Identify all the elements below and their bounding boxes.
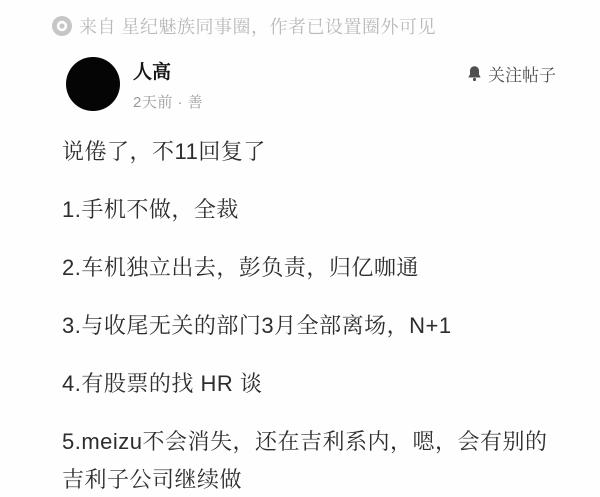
post-paragraph: 2.车机独立出去，彭负责，归亿咖通 (62, 249, 560, 287)
post-header: 人高 2天前 · 善 关注帖子 (66, 57, 556, 112)
author-name[interactable]: 人高 (133, 62, 203, 84)
follow-post-label: 关注帖子 (488, 61, 556, 86)
author-info: 人高 2天前 · 善 (133, 57, 203, 112)
bell-icon (465, 64, 484, 83)
post-paragraph: 说倦了，不11回复了 (62, 133, 560, 171)
avatar[interactable] (66, 57, 120, 111)
post-body: 说倦了，不11回复了 1.手机不做，全裁 2.车机独立出去，彭负责，归亿咖通 3… (62, 133, 560, 497)
source-circle-text: 来自 星纪魅族同事圈，作者已设置圈外可见 (79, 13, 436, 39)
post-timestamp: 2天前 · 善 (133, 91, 203, 112)
post-paragraph: 5.meizu不会消失，还在吉利系内，嗯，会有别的吉利子公司继续做 (62, 423, 560, 497)
post-paragraph: 1.手机不做，全裁 (62, 191, 560, 229)
source-circle-banner[interactable]: 来自 星纪魅族同事圈，作者已设置圈外可见 (52, 13, 560, 39)
circle-badge-icon (52, 16, 72, 36)
post-paragraph: 3.与收尾无关的部门3月全部离场，N+1 (62, 307, 560, 345)
follow-post-button[interactable]: 关注帖子 (465, 57, 556, 86)
post-paragraph: 4.有股票的找 HR 谈 (62, 365, 560, 403)
